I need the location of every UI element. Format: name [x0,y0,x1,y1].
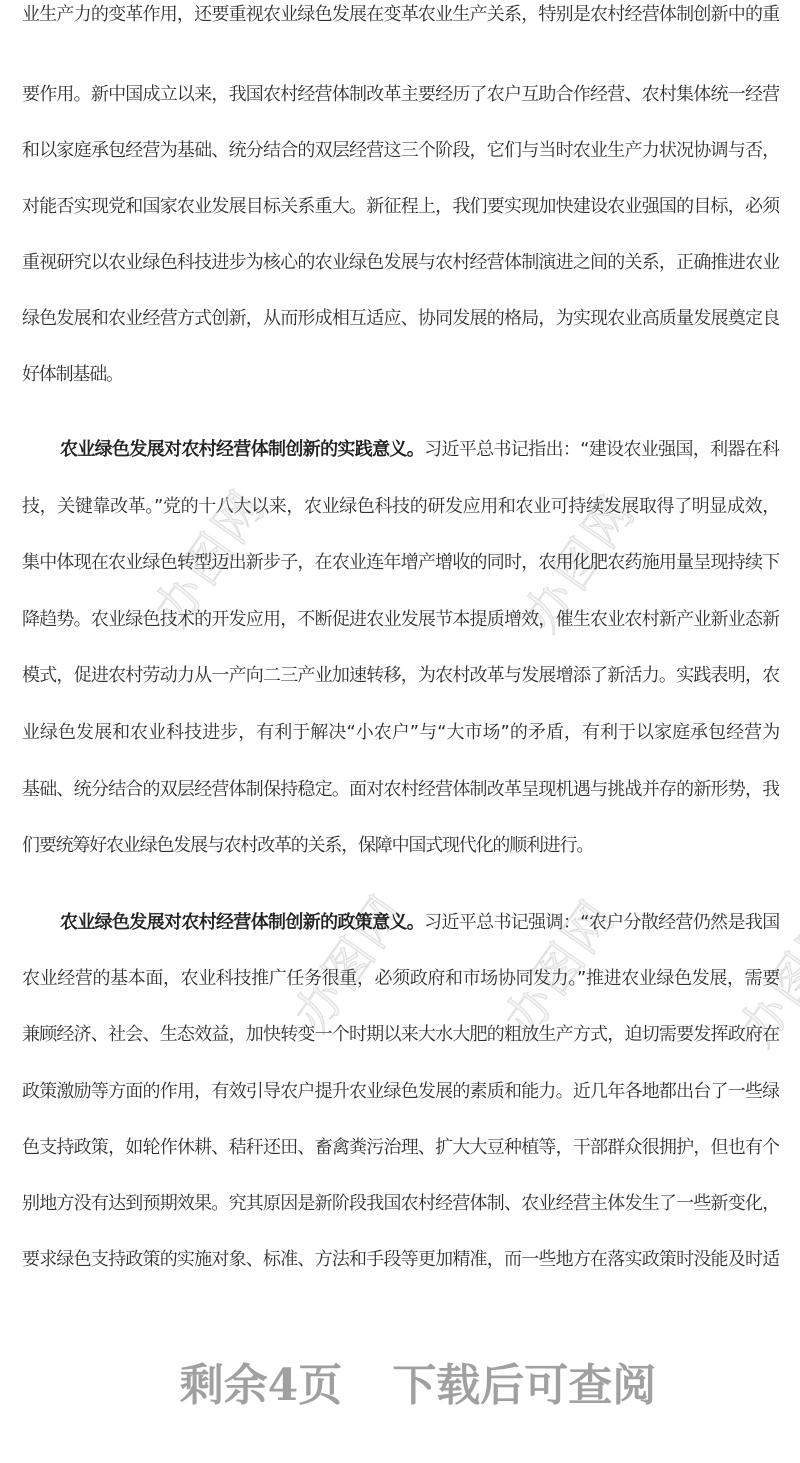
body-text-line: 和以家庭承包经营为基础、统分结合的双层经营这三个阶段，它们与当时农业生产力状况协… [22,123,779,179]
paragraph-heading-bold: 农业绿色发展对农村经营体制创新的实践意义。 [60,439,424,460]
download-hint-label: 下载后可查阅 [392,1360,656,1411]
paragraph-heading-rest: 习近平总书记强调：“农户分散经营仍然是我国 [424,912,779,933]
body-text-line: 要求绿色支持政策的实施对象、标准、方法和手段等更加精准，而一些地方在落实政策时没… [22,1232,779,1288]
body-text-line: 业生产力的变革作用，还要重视农业绿色发展在变革农业生产关系，特别是农村经营体制创… [22,0,779,43]
body-text-line: 降趋势。农业绿色技术的开发应用，不断促进农业发展节本提质增效，催生农业农村新产业… [22,592,779,649]
body-text-line: 模式，促进农村劳动力从一产向二三产业加速转移，为农村改革与发展增添了新活力。实践… [22,648,779,705]
preview-footer: 剩余4页下载后可查阅 [18,1358,800,1414]
body-text-line: 技，关键靠改革。”党的十八大以来，农业绿色科技的研发应用和农业可持续发展取得了明… [22,479,779,536]
paragraph-2: 农业绿色发展对农村经营体制创新的实践意义。习近平总书记指出：“建设农业强国，利器… [22,422,779,875]
body-text-line: 们要统筹好农业绿色发展与农村改革的关系，保障中国式现代化的顺利进行。 [22,818,779,875]
body-text-line: 别地方没有达到预期效果。究其原因是新阶段我国农村经营体制、农业经营主体发生了一些… [22,1176,779,1232]
paragraph-3: 农业绿色发展对农村经营体制创新的政策意义。习近平总书记强调：“农户分散经营仍然是… [22,895,779,1288]
paragraph-heading-bold: 农业绿色发展对农村经营体制创新的政策意义。 [60,912,424,933]
body-text-line: 对能否实现党和国家农业发展目标关系重大。新征程上，我们要实现加快建设农业强国的目… [22,179,779,235]
body-text-line: 政策激励等方面的作用，有效引导农户提升农业绿色发展的素质和能力。近几年各地都出台… [22,1064,779,1120]
paragraph-heading-rest: 习近平总书记指出：“建设农业强国，利器在科 [424,439,779,460]
body-text-line: 要作用。新中国成立以来，我国农村经营体制改革主要经历了农户互助合作经营、农村集体… [22,67,779,123]
body-text-line: 农业经营的基本面，农业科技推广任务很重，必须政府和市场协同发力。”推进农业绿色发… [22,951,779,1007]
paragraph-1: 要作用。新中国成立以来，我国农村经营体制改革主要经历了农户互助合作经营、农村集体… [22,67,779,403]
body-text-line: 集中体现在农业绿色转型迈出新步子，在农业连年增产增收的同时，农用化肥农药施用量呈… [22,535,779,592]
remaining-pages-label: 剩余4页 [180,1360,343,1411]
body-text-line: 兼顾经济、社会、生态效益，加快转变一个时期以来大水大肥的粗放生产方式，迫切需要发… [22,1007,779,1063]
body-text-line: 绿色发展和农业经营方式创新，从而形成相互适应、协同发展的格局，为实现农业高质量发… [22,291,779,347]
body-text-line: 基础、统分结合的双层经营体制保持稳定。面对农村经营体制改革呈现机遇与挑战并存的新… [22,762,779,819]
body-text-line: 色支持政策，如轮作休耕、秸秆还田、畜禽粪污治理、扩大大豆种植等，干部群众很拥护，… [22,1120,779,1176]
paragraph-heading-line: 农业绿色发展对农村经营体制创新的实践意义。习近平总书记指出：“建设农业强国，利器… [22,422,779,479]
paragraph-continuation: 业生产力的变革作用，还要重视农业绿色发展在变革农业生产关系，特别是农村经营体制创… [22,0,779,43]
paragraph-heading-line: 农业绿色发展对农村经营体制创新的政策意义。习近平总书记强调：“农户分散经营仍然是… [22,895,779,951]
body-text-line: 业绿色发展和农业科技进步，有利于解决“小农户”与“大市场”的矛盾，有利于以家庭承… [22,705,779,762]
body-text-line: 好体制基础。 [22,347,779,403]
body-text-line: 重视研究以农业绿色科技进步为核心的农业绿色发展与农村经营体制演进之间的关系，正确… [22,235,779,291]
